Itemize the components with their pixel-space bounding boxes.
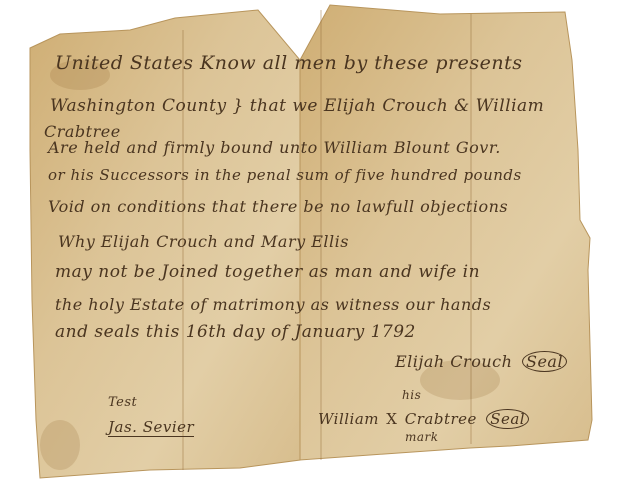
witness-label: Test (108, 395, 137, 410)
x-mark: X (386, 410, 397, 428)
signer-last-name: Crabtree (405, 410, 477, 428)
text-line: or his Successors in the penal sum of fi… (48, 166, 522, 184)
text-line: and seals this 16th day of January 1792 (55, 322, 416, 342)
signature-elijah-crouch: Elijah Crouch Seal (395, 352, 567, 371)
signature-william-crabtree: William X Crabtree Seal (318, 410, 529, 428)
his-label: his (402, 388, 421, 402)
text-line: Are held and firmly bound unto William B… (48, 138, 501, 157)
witness-signature: Jas. Sevier (108, 418, 194, 437)
signer-first-name: William (318, 410, 379, 428)
text-line: United States Know all men by these pres… (55, 52, 522, 74)
text-line: may not be Joined together as man and wi… (55, 262, 480, 282)
mark-label: mark (405, 430, 439, 444)
seal-mark: Seal (522, 351, 567, 372)
manuscript-document: United States Know all men by these pres… (0, 0, 640, 500)
signer-name: Elijah Crouch (395, 352, 512, 371)
text-line: Void on conditions that there be no lawf… (48, 197, 508, 216)
seal-mark: Seal (486, 409, 529, 429)
text-line: Why Elijah Crouch and Mary Ellis (58, 232, 349, 251)
text-line: Washington County } that we Elijah Crouc… (50, 96, 544, 116)
text-line: the holy Estate of matrimony as witness … (55, 295, 491, 314)
stain (40, 420, 80, 470)
